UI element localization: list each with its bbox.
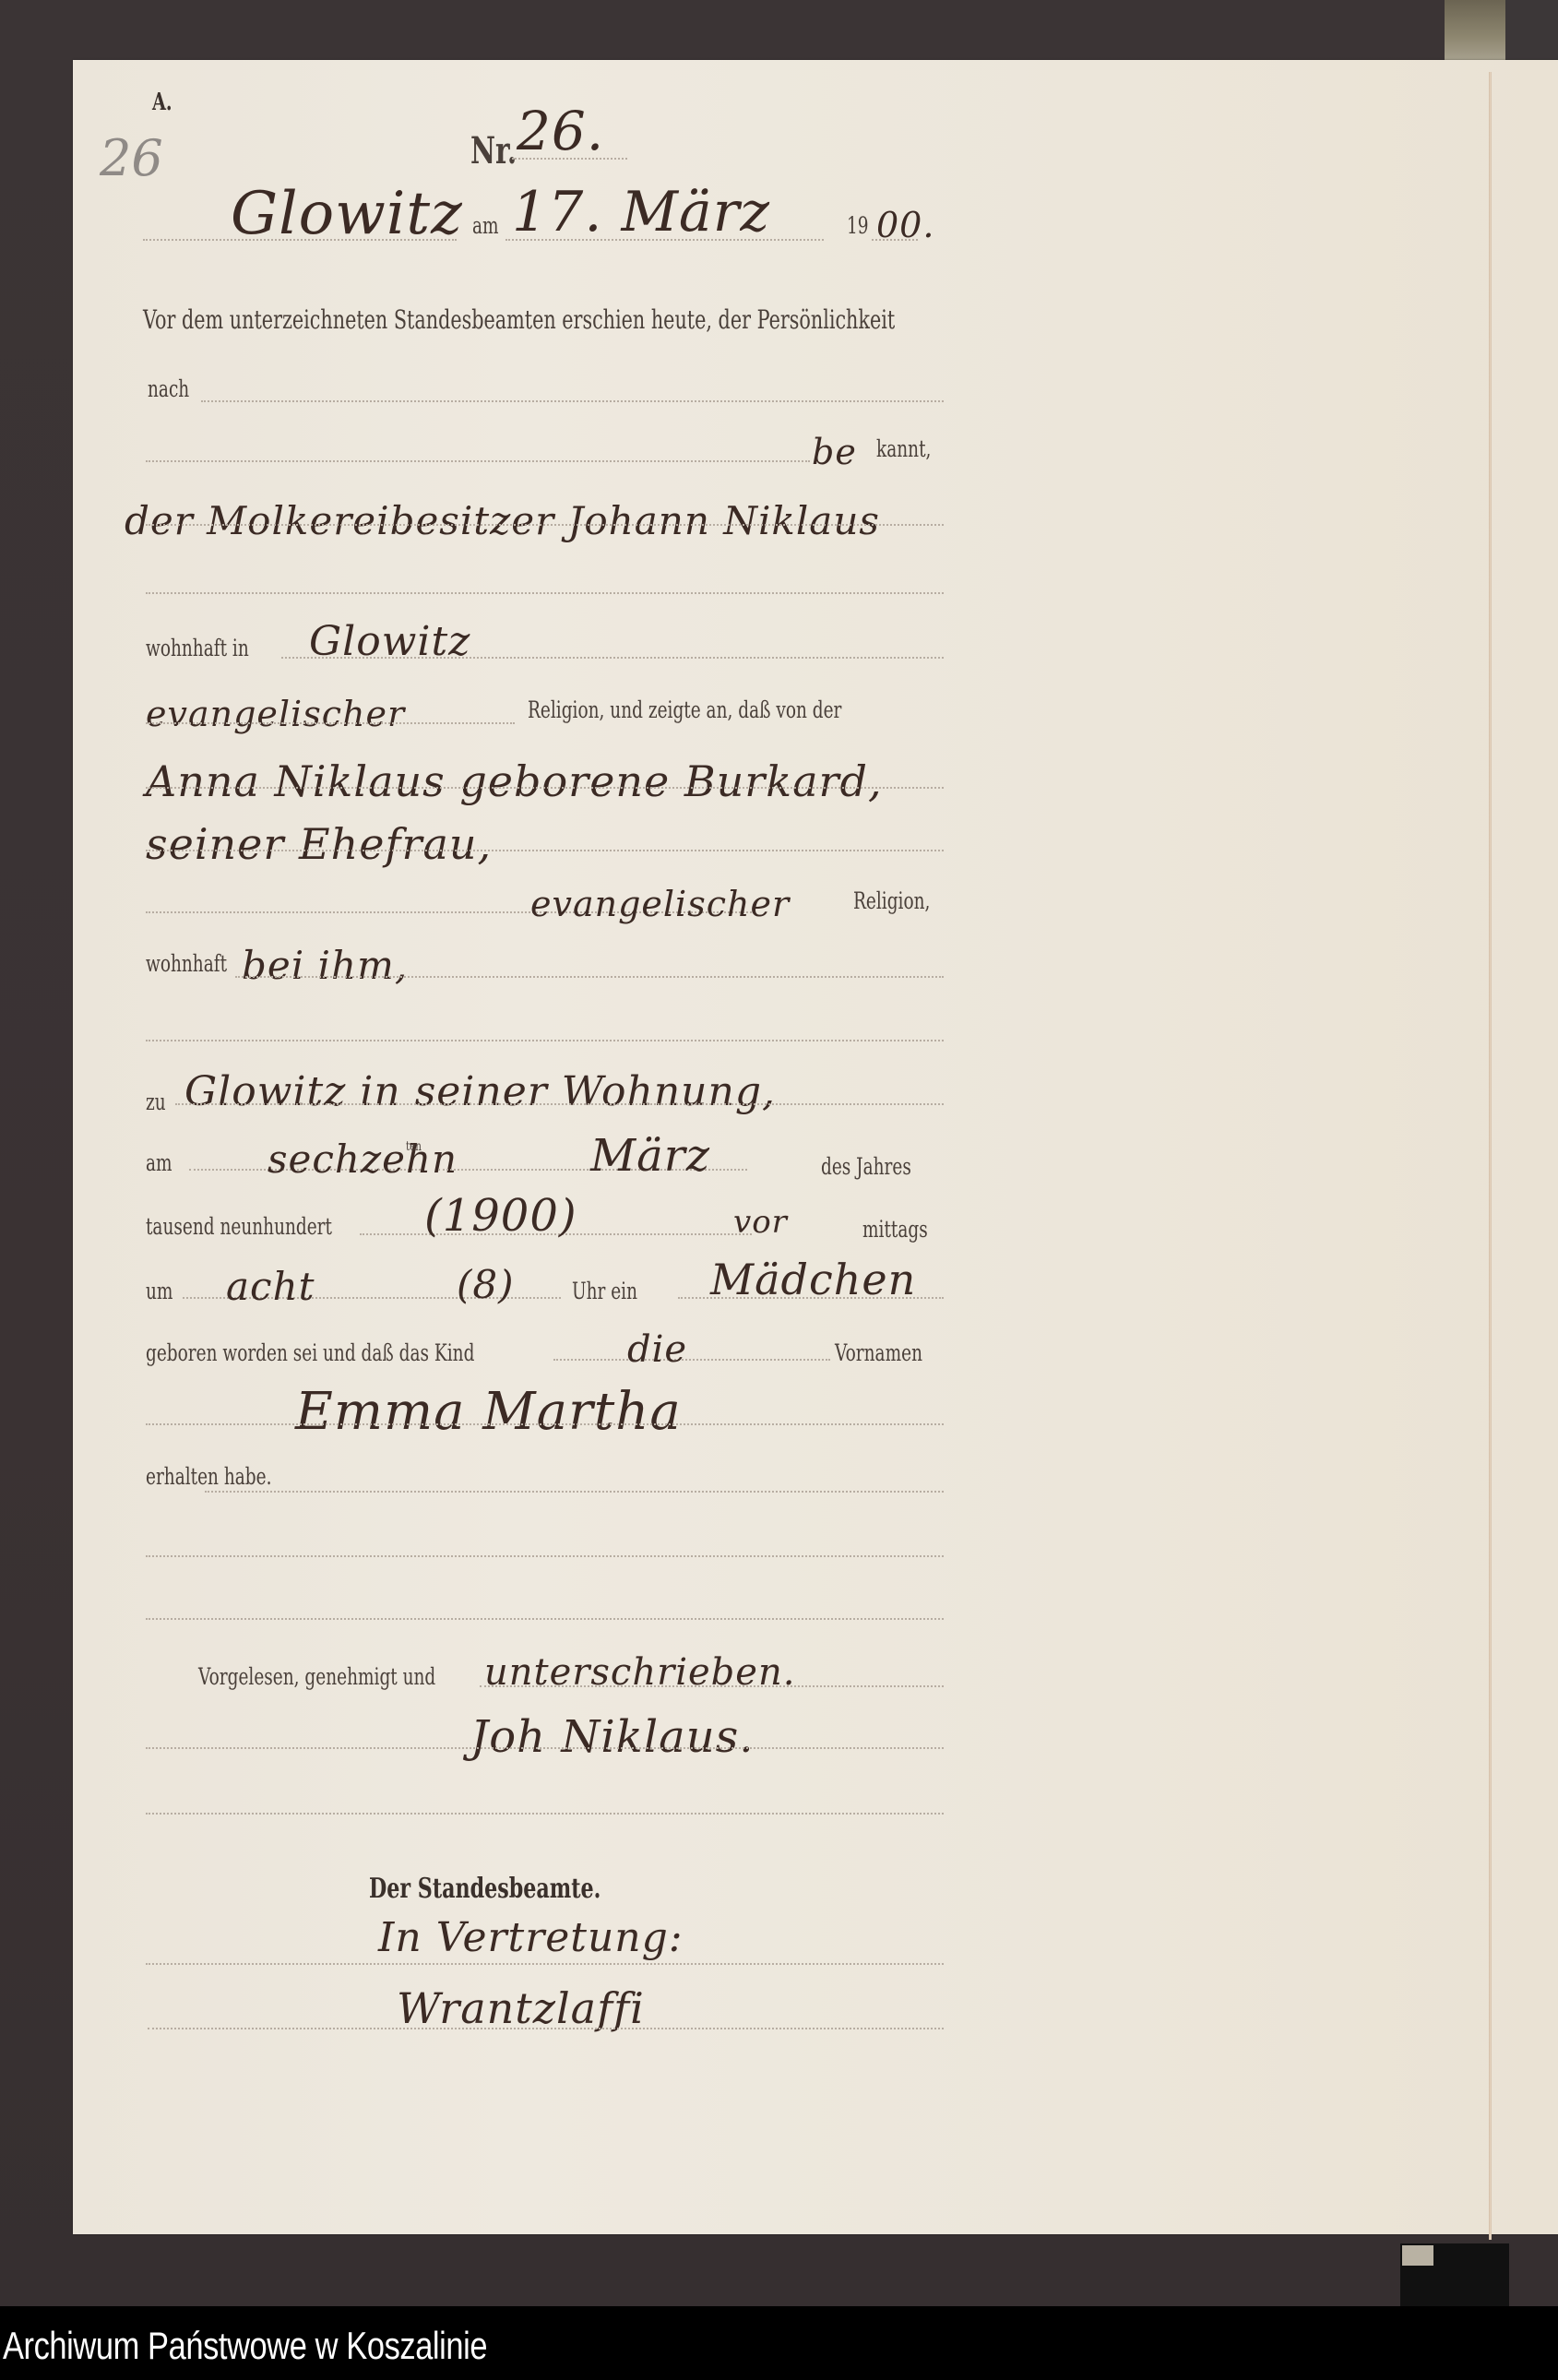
birth-place: Glowitz in seiner Wohnung,	[184, 1068, 776, 1115]
am-label: am	[472, 212, 499, 239]
birth-hour-num: (8)	[457, 1262, 515, 1307]
informant-religion: evangelischer	[146, 694, 405, 734]
um-label: um	[146, 1278, 172, 1304]
zu-label: zu	[146, 1089, 166, 1115]
nr-value: 26.	[517, 100, 604, 162]
pencil-number: 26	[100, 129, 163, 187]
intro-text: Vor dem unterzeichneten Standesbeamten e…	[143, 304, 895, 335]
des-jahres-label: des Jahres	[821, 1153, 911, 1180]
binding-strip-bottom	[1400, 2243, 1509, 2306]
place: Glowitz	[231, 180, 463, 248]
date: 17. März	[512, 180, 770, 244]
registrar-line1: In Vertretung:	[378, 1914, 684, 1961]
form-letter: A.	[152, 89, 172, 116]
uhr-ein-label: Uhr ein	[572, 1278, 637, 1304]
unterschrieben-handwritten: unterschrieben.	[484, 1651, 795, 1694]
mother-name: Anna Niklaus geborene Burkard,	[146, 756, 883, 806]
informant-name: der Molkereibesitzer Johann Niklaus	[125, 498, 880, 543]
year-prefix: 19	[847, 212, 869, 239]
wohnhaft-in-label: wohnhaft in	[146, 635, 249, 661]
mittags-label: mittags	[862, 1216, 928, 1243]
geboren-clause: geboren worden sei und daß das Kind	[146, 1339, 474, 1366]
die-handwritten: die	[627, 1328, 687, 1371]
page-fold	[1489, 72, 1492, 2240]
birth-year: (1900)	[424, 1190, 577, 1242]
erhalten-label: erhalten habe.	[146, 1463, 271, 1490]
religion-label: Religion,	[853, 887, 930, 914]
tausend-label: tausend neunhundert	[146, 1213, 332, 1240]
child-sex: Mädchen	[710, 1255, 916, 1304]
mother-religion: evangelischer	[530, 884, 790, 924]
nach-label: nach	[148, 375, 189, 402]
informant-signature: Joh Niklaus.	[470, 1711, 755, 1763]
mother-residence: bei ihm,	[242, 943, 408, 988]
child-names: Emma Martha	[295, 1382, 682, 1442]
wohnhaft-label: wohnhaft	[146, 950, 227, 977]
vorgelesen-label: Vorgelesen, genehmigt und	[198, 1663, 435, 1690]
be-handwritten: be	[812, 432, 857, 472]
registrar-heading: Der Standesbeamte.	[369, 1873, 601, 1905]
birth-month: März	[590, 1130, 710, 1182]
mother-relation: seiner Ehefrau,	[146, 819, 492, 869]
vor-handwritten: vor	[733, 1204, 788, 1241]
nr-label: Nr.	[470, 129, 517, 173]
am-label-2: am	[146, 1149, 172, 1176]
kannt-label: kannt,	[876, 435, 931, 462]
ten-suffix: ten	[406, 1139, 422, 1154]
registrar-signature: Wrantzlaffi	[397, 1983, 645, 2033]
archive-name: Archiwum Państwowe w Koszalinie	[3, 2324, 487, 2368]
religion-clause: Religion, und zeigte an, daß von der	[528, 696, 841, 723]
birth-day: sechzehn	[268, 1136, 458, 1182]
birth-hour-word: acht	[226, 1264, 315, 1309]
vornamen-label: Vornamen	[835, 1339, 922, 1366]
